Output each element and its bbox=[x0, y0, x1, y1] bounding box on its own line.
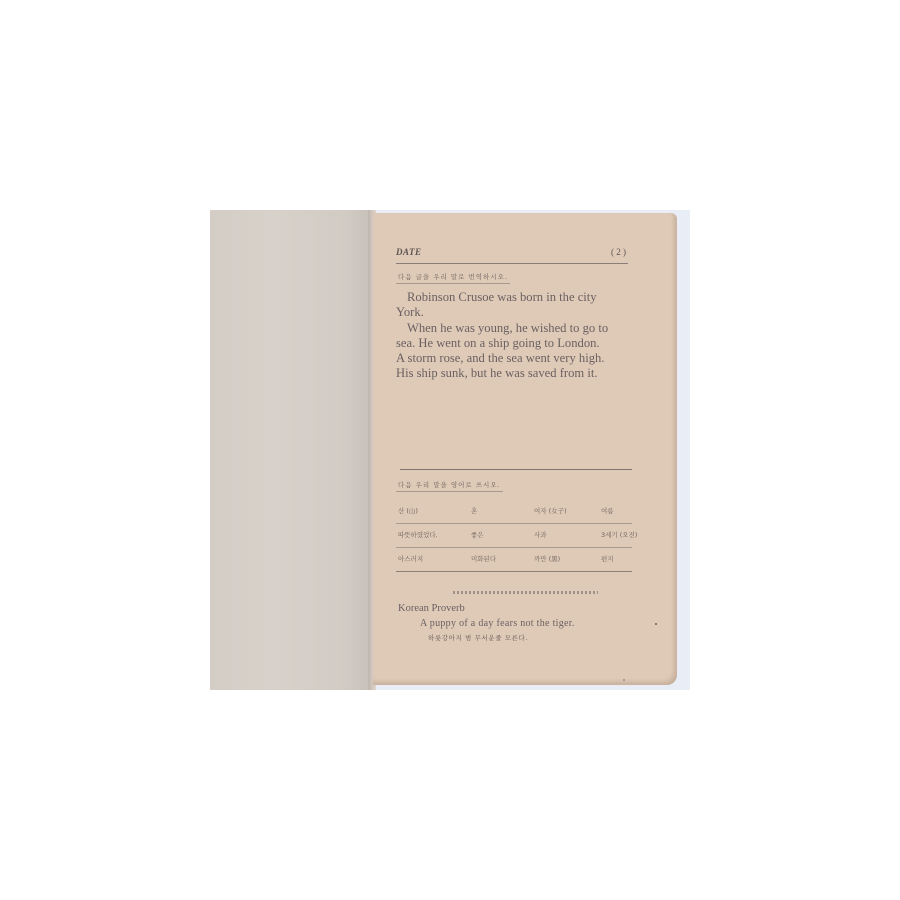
vocab-cell: 좋은 bbox=[471, 530, 484, 539]
passage-line: Robinson Crusoe was born in the city bbox=[396, 290, 636, 305]
passage-line: When he was young, he wished to go to bbox=[396, 321, 636, 336]
left-page-blank bbox=[210, 210, 370, 690]
date-label: DATE bbox=[396, 247, 422, 257]
proverb-label: Korean Proverb bbox=[398, 603, 465, 614]
vocab-cell: 아스러지 bbox=[398, 554, 423, 563]
vocab-cell: 까만 (黑) bbox=[534, 554, 560, 563]
vocab-cell: 여름 bbox=[601, 506, 614, 515]
vocab-cell: 혼 bbox=[471, 506, 477, 515]
vocab-cell: 산 (山) bbox=[398, 506, 418, 515]
passage-line: York. bbox=[396, 305, 636, 320]
passage-line: A storm rose, and the sea went very high… bbox=[396, 351, 636, 366]
section-divider bbox=[400, 469, 632, 470]
proverb-english: A puppy of a day fears not the tiger. bbox=[420, 618, 575, 629]
paper-speck bbox=[655, 623, 657, 625]
vocab-row: 따뜻하였었다. 좋은 사과 3세기 (오전) bbox=[396, 524, 632, 548]
vocab-table: 산 (山) 혼 여자 (女子) 여름 따뜻하였었다. 좋은 사과 3세기 (오전… bbox=[396, 500, 632, 572]
page-header: DATE ( 2 ) bbox=[396, 247, 628, 264]
translation-instruction: 다음 글을 우리 말로 번역하시오. bbox=[396, 270, 510, 284]
vocab-cell: 편지 bbox=[601, 554, 614, 563]
right-page: DATE ( 2 ) 다음 글을 우리 말로 번역하시오. Robinson C… bbox=[373, 213, 677, 685]
vocab-cell: 따뜻하였었다. bbox=[398, 530, 438, 539]
proverb-korean: 하룻강아지 범 무서운줄 모른다. bbox=[428, 633, 528, 642]
vocab-row: 아스러지 미화된다 까만 (黑) 편지 bbox=[396, 548, 632, 572]
vocab-cell: 여자 (女子) bbox=[534, 506, 567, 515]
vocab-cell: 미화된다 bbox=[471, 554, 496, 563]
wavy-divider bbox=[453, 591, 598, 594]
page-number: ( 2 ) bbox=[611, 247, 626, 257]
vocab-row: 산 (山) 혼 여자 (女子) 여름 bbox=[396, 500, 632, 524]
vocab-instruction: 다음 우리 말을 영어로 쓰시오. bbox=[396, 478, 503, 492]
passage-line: sea. He went on a ship going to London. bbox=[396, 336, 636, 351]
english-passage: Robinson Crusoe was born in the city Yor… bbox=[396, 290, 636, 382]
vocab-cell: 3세기 (오전) bbox=[601, 530, 637, 539]
passage-line: His ship sunk, but he was saved from it. bbox=[396, 366, 636, 381]
open-book: DATE ( 2 ) 다음 글을 우리 말로 번역하시오. Robinson C… bbox=[210, 210, 690, 690]
paper-speck bbox=[623, 679, 625, 681]
vocab-cell: 사과 bbox=[534, 530, 547, 539]
